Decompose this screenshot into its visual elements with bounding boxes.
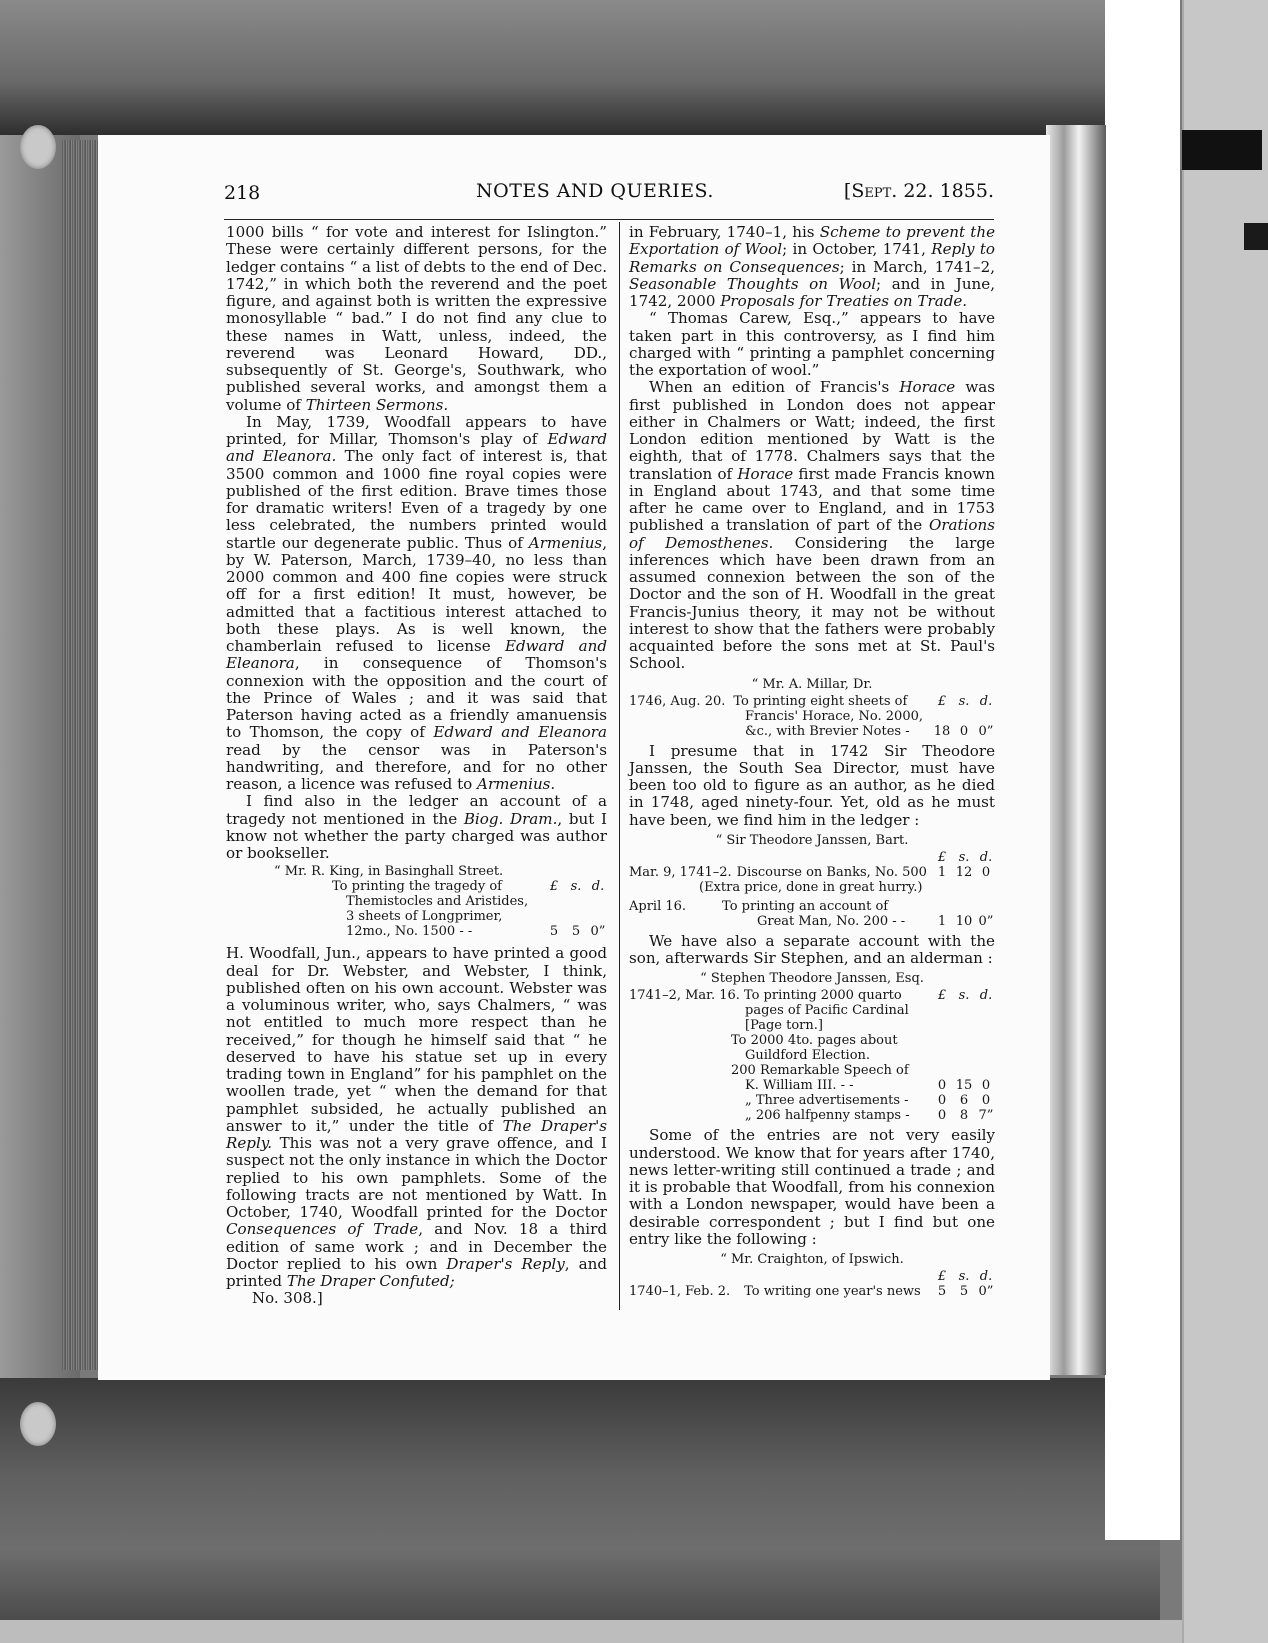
journal-title: NOTES AND QUERIES. <box>476 180 714 202</box>
paragraph: In May, 1739, Woodfall appears to have p… <box>226 414 607 794</box>
issue-number: No. 308.] <box>252 1290 607 1307</box>
paragraph: When an edition of Francis's Horace was … <box>629 379 995 672</box>
paragraph: I find also in the ledger an account of … <box>226 793 607 862</box>
ledger-entry-king: “ Mr. R. King, in Basinghall Street. To … <box>226 864 607 939</box>
scan-background-bottom <box>0 1378 1160 1623</box>
ledger-heading: “ Stephen Theodore Janssen, Esq. <box>629 970 995 987</box>
ledger-amount: 550” <box>539 924 607 939</box>
ledger-date: 1746, Aug. 20. <box>629 694 725 709</box>
ledger-heading: “ Mr. A. Millar, Dr. <box>629 676 995 693</box>
column-divider <box>619 222 620 1310</box>
scan-background-top <box>0 0 1105 135</box>
currency-header: £s.d. <box>927 988 995 1003</box>
binding-hole-icon <box>20 125 56 169</box>
currency-header: £s.d. <box>927 850 995 865</box>
ledger-entry-millar: “ Mr. A. Millar, Dr. 1746, Aug. 20. To p… <box>629 676 995 739</box>
scanner-square-opening <box>1244 223 1268 250</box>
ledger-amount: 087” <box>927 1108 995 1123</box>
currency-header: £s.d. <box>927 694 995 709</box>
currency-header: £s.d. <box>927 1269 995 1284</box>
paragraph: in February, 1740–1, his Scheme to preve… <box>629 224 995 310</box>
paragraph: Some of the entries are not very easily … <box>629 1127 995 1248</box>
ledger-amount: 060 <box>927 1093 995 1108</box>
paragraph: We have also a separate account with the… <box>629 933 995 968</box>
ledger-heading: “ Mr. R. King, in Basinghall Street. <box>226 864 607 879</box>
scan-floor-strip <box>0 1620 1268 1643</box>
left-column: 1000 bills “ for vote and interest for I… <box>226 224 607 1308</box>
ledger-amount: 1100” <box>927 914 995 929</box>
ledger-amount: 0150 <box>927 1078 995 1093</box>
header-rule <box>224 219 994 220</box>
ledger-entry-stephen: “ Stephen Theodore Janssen, Esq. 1741–2,… <box>629 970 995 1123</box>
currency-header: £s.d. <box>539 879 607 894</box>
binding-hole-icon <box>20 1402 56 1446</box>
scanner-slot <box>1182 130 1262 170</box>
ledger-amount: 1120 <box>927 865 995 880</box>
ledger-date: 1740–1, Feb. 2. <box>629 1284 730 1299</box>
book-gutter-edge <box>1046 125 1106 1375</box>
ledger-date: 1741–2, Mar. 16. <box>629 988 740 1003</box>
ledger-entry-janssen: “ Sir Theodore Janssen, Bart. £s.d. Mar.… <box>629 832 995 929</box>
scanner-white-margin <box>1105 0 1180 1540</box>
page-number: 218 <box>224 182 260 204</box>
issue-date: [Sept. 22. 1855. <box>844 180 994 202</box>
right-column: in February, 1740–1, his Scheme to preve… <box>629 224 995 1299</box>
ledger-amount: 550” <box>927 1284 995 1299</box>
ledger-date: April 16. <box>629 899 686 914</box>
running-head: 218 NOTES AND QUERIES. [Sept. 22. 1855. <box>224 180 994 208</box>
paragraph: I presume that in 1742 Sir Theodore Jans… <box>629 743 995 829</box>
book-page-edges <box>62 140 98 1370</box>
paragraph: 1000 bills “ for vote and interest for I… <box>226 224 607 414</box>
ledger-amount: 1800” <box>927 724 995 739</box>
ledger-date: Mar. 9, 1741–2. <box>629 865 732 880</box>
paragraph: “ Thomas Carew, Esq.,” appears to have t… <box>629 310 995 379</box>
ledger-entry-craighton: “ Mr. Craighton, of Ipswich. £s.d. 1740–… <box>629 1251 995 1299</box>
ledger-heading: “ Sir Theodore Janssen, Bart. <box>629 832 995 849</box>
paragraph: H. Woodfall, Jun., appears to have print… <box>226 945 607 1290</box>
ledger-heading: “ Mr. Craighton, of Ipswich. <box>629 1251 995 1268</box>
